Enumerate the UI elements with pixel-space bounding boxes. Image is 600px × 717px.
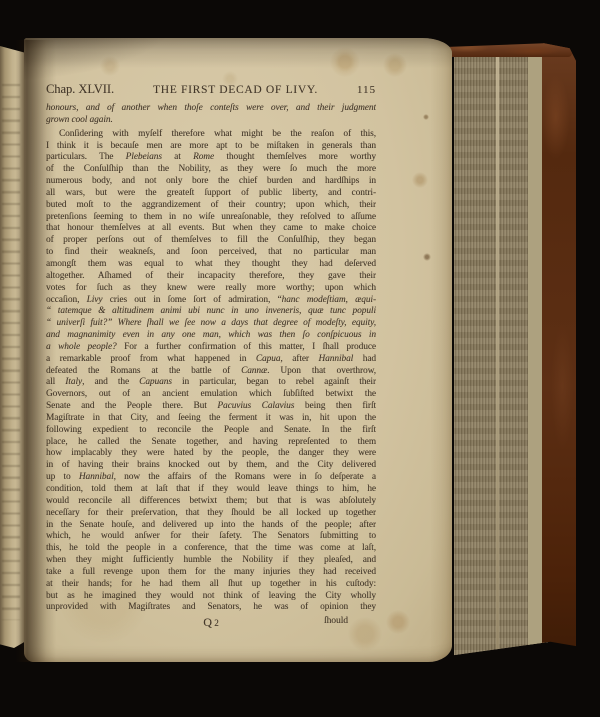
leather-cover-edge: [542, 42, 576, 668]
text-line: honours, and of another when thoſe conte…: [46, 103, 376, 115]
text-line: “ univerſi fuit?” Where ſhall we ſee now…: [46, 318, 376, 330]
text-line: in of having their brains knocked out by…: [46, 460, 376, 472]
running-header: Chap. XLVII. THE FIRST DECAD OF LIVY. 11…: [46, 82, 376, 98]
text-line: following expedient to reconcile the Peo…: [46, 425, 376, 437]
text-line: Magiſtrate in that City, and ſeeing the …: [46, 413, 376, 425]
text-line: this, he told the people in a conference…: [46, 543, 376, 555]
text-line: place, he called the Senate together, an…: [46, 437, 376, 449]
text-line: of the Conſulſhip than the Nobility, as …: [46, 164, 376, 176]
body-paragraph: Conſidering with myſelf therefore what m…: [46, 129, 376, 615]
text-line: occaſion, Livy cries out in ſome ſort of…: [46, 295, 376, 307]
text-line: up to Hannibal, now the affairs of the R…: [46, 472, 376, 484]
text-line: altogether. Aſhamed of their incapacity …: [46, 271, 376, 283]
text-line: I think it is becauſe men are more apt t…: [46, 141, 376, 153]
page-number: 115: [357, 84, 376, 96]
text-line: condition, told them at laſt that if the…: [46, 484, 376, 496]
text-line: pretenſions ſeeming to them in no wiſe u…: [46, 212, 376, 224]
text-line: would reconcile all differences betwixt …: [46, 496, 376, 508]
text-line: of proper perſons out of themſelves to f…: [46, 235, 376, 247]
page-footer: Q 2 ſhould: [46, 615, 376, 630]
text-line: which, he would anſwer for their ſafety.…: [46, 531, 376, 543]
running-title: THE FIRST DECAD OF LIVY.: [153, 84, 318, 96]
text-line: neceſſary for their preſervation, that t…: [46, 508, 376, 520]
continuation-paragraph: honours, and of another when thoſe conte…: [46, 103, 376, 127]
text-line: buted moſt to the aggrandizement of thei…: [46, 200, 376, 212]
text-line: Senate and the People there. But Pacuviu…: [46, 401, 376, 413]
text-line: unprovided with Magiſtrates and Senators…: [46, 602, 376, 614]
text-line: Governors, out of an ancient emulation w…: [46, 389, 376, 401]
text-line: at their hands; for he had them all ſhut…: [46, 579, 376, 591]
text-line: how implacably they were hated by the pe…: [46, 448, 376, 460]
text-line: “ tatemque & altitudinem animi ubi nunc …: [46, 306, 376, 318]
text-line: numerous body, and not only bore the chi…: [46, 176, 376, 188]
text-line: take a full revenge upon them for the ma…: [46, 567, 376, 579]
text-line: all Italy, and the Capuans in particular…: [46, 377, 376, 389]
chapter-label: Chap. XLVII.: [46, 82, 114, 97]
text-line: in the Senate houſe, and delivered up in…: [46, 520, 376, 532]
text-line: votes for ſuch as they knew were really …: [46, 283, 376, 295]
text-line: and magnanimity even in any one man, whi…: [46, 330, 376, 342]
page-text: Chap. XLVII. THE FIRST DECAD OF LIVY. 11…: [46, 82, 376, 630]
text-line: defeated the Romans at the battle of Can…: [46, 366, 376, 378]
text-line: Conſidering with myſelf therefore what m…: [46, 129, 376, 141]
text-line: a whole people? For a further confirmati…: [46, 342, 376, 354]
text-line: particulars. The Plebeians at Rome thoug…: [46, 152, 376, 164]
leather-cover-top-band: [440, 42, 572, 57]
text-line: amongſt them was equal to what they thou…: [46, 259, 376, 271]
text-line: to find their weakneſs, and ſoon perceiv…: [46, 247, 376, 259]
page-block-gap: [496, 50, 499, 664]
text-line: when they might ſufficiently humble the …: [46, 555, 376, 567]
book-page: Chap. XLVII. THE FIRST DECAD OF LIVY. 11…: [24, 38, 452, 662]
text-line: a remarkable proof from what happened in…: [46, 354, 376, 366]
catchword: ſhould: [324, 616, 348, 626]
text-line: all wars, but were the greateſt ſupport …: [46, 188, 376, 200]
text-line: grown cool again.: [46, 115, 376, 127]
book-photograph: Chap. XLVII. THE FIRST DECAD OF LIVY. 11…: [0, 0, 600, 717]
facing-page-edge: [0, 46, 27, 648]
text-line: but as he imagined they would not think …: [46, 591, 376, 603]
text-line: that honour themſelves at all events. Bu…: [46, 223, 376, 235]
